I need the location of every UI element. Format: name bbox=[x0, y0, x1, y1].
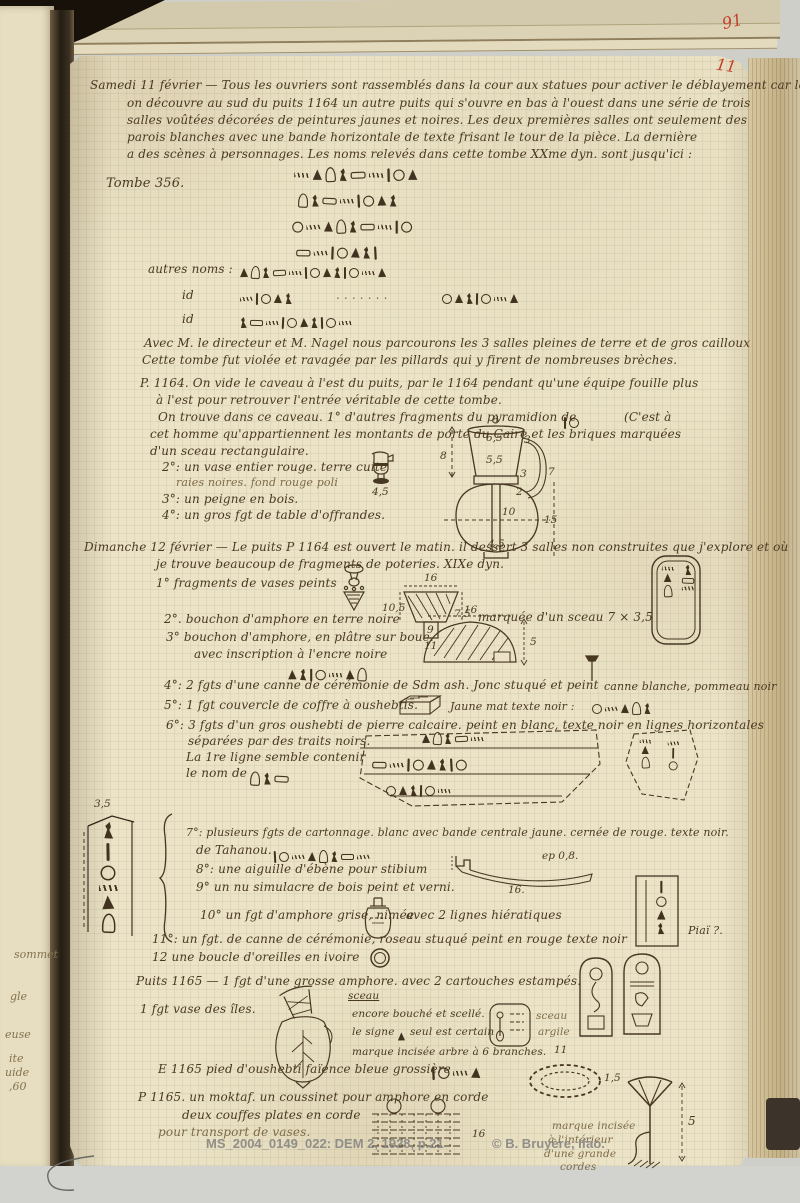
hieroglyph-column bbox=[666, 742, 680, 771]
list-item: 2°. bouchon d'amphore en terre noire bbox=[164, 612, 400, 626]
page-edges-top bbox=[36, 0, 780, 61]
hieroglyph-column bbox=[680, 565, 695, 591]
id-label: id bbox=[182, 312, 194, 326]
list-item: 1° fragments de vases peints bbox=[156, 576, 337, 590]
margin-fragment: ,60 bbox=[9, 1080, 27, 1093]
list-item-note: avec 2 lignes hiératiques bbox=[406, 908, 562, 922]
list-item-note: raies noires. fond rouge poli bbox=[176, 476, 338, 489]
margin-fragment: euse bbox=[5, 1028, 31, 1041]
list-item: 7°: plusieurs fgts de cartonnage. blanc … bbox=[186, 826, 729, 839]
measure-label: 3 bbox=[524, 434, 531, 446]
margin-fragment: uide bbox=[5, 1066, 29, 1079]
measure-label: 16 bbox=[424, 572, 437, 584]
page-edges-right bbox=[748, 58, 800, 1158]
hieroglyph-inline bbox=[396, 1027, 406, 1044]
measure-label: 7 bbox=[548, 466, 555, 478]
measure-label: 1,5 bbox=[604, 1072, 621, 1084]
ellipsis-dots: . . . . . . . bbox=[336, 288, 388, 302]
list-item-note: Jaune mat texte noir : bbox=[450, 700, 575, 713]
margin-fragment: sommet bbox=[14, 948, 58, 961]
entry-line: P. 1164. On vide le caveau à l'est du pu… bbox=[140, 376, 698, 390]
measure-label: 16 bbox=[464, 604, 477, 616]
seal-note: sceau bbox=[536, 1010, 567, 1022]
copyright-caption: © B. Bruyère, Ifao. bbox=[492, 1136, 605, 1151]
entry-line: On trouve dans ce caveau. 1° d'autres fr… bbox=[158, 410, 576, 424]
sketch-box-lid bbox=[398, 694, 442, 718]
entry-line: a des scènes à personnages. Les noms rel… bbox=[127, 147, 692, 161]
archive-id-caption: MS_2004_0149_022: DEM 2, 1928, p.21 bbox=[206, 1136, 444, 1151]
measure-label: 5,5 bbox=[486, 454, 503, 466]
sketch-kohl-needle: ep 0,8. 16. bbox=[446, 848, 598, 894]
entry-line: parois blanches avec une bande horizonta… bbox=[127, 130, 697, 144]
entry-line: cet homme qu'appartiennent les montants … bbox=[150, 427, 681, 441]
entry-line: Cette tombe fut violée et ravagée par le… bbox=[142, 353, 677, 367]
entry-line: Avec M. le directeur et M. Nagel nous pa… bbox=[144, 336, 750, 350]
list-item-text: simulacre de bois peint et verni. bbox=[249, 880, 454, 894]
hieroglyph-column bbox=[96, 822, 120, 933]
hieroglyph-row bbox=[290, 215, 413, 236]
hieroglyph-row bbox=[590, 698, 652, 717]
entry-line: d'un sceau rectangulaire. bbox=[150, 444, 309, 458]
entry-line: encore bouché et scellé. bbox=[352, 1008, 485, 1020]
binding-thread bbox=[34, 1152, 104, 1196]
sketch-small-vase: 4,5 bbox=[368, 450, 394, 490]
measure-label: 5 bbox=[530, 636, 537, 648]
sketch-cane-fragment bbox=[634, 874, 680, 948]
sketch-cartouche-seal bbox=[650, 554, 702, 646]
entry-line: E 1165 pied d'oushebti faïence bleue gro… bbox=[158, 1062, 451, 1076]
hieroglyph-column bbox=[654, 881, 668, 935]
measure-label: 16 bbox=[472, 1128, 485, 1140]
list-item-note: avec inscription à l'encre noire bbox=[194, 647, 387, 661]
list-item: 3° bouchon d'amphore, en plâtre sur boue… bbox=[166, 630, 434, 644]
seal-label: sceau bbox=[348, 990, 379, 1002]
sketch-flat-basket: 16 bbox=[364, 1098, 468, 1162]
list-item: 3°: un peigne en bois. bbox=[162, 492, 298, 506]
page-number-recto: 11 bbox=[715, 55, 738, 77]
measure-label: 8 bbox=[492, 414, 499, 426]
hieroglyph-row bbox=[440, 288, 519, 307]
hieroglyph-row bbox=[370, 753, 468, 774]
book-cover-edge bbox=[766, 1098, 800, 1150]
list-item: le nom de bbox=[186, 766, 247, 780]
entry-line: Dimanche 12 février — Le puits P 1164 es… bbox=[84, 540, 788, 554]
id-label: id bbox=[182, 288, 194, 302]
list-item: 8°: une aiguille d'ébène pour stibium bbox=[196, 862, 427, 876]
list-item: 4°: 2 fgts d'une canne de cérémonie de S… bbox=[164, 678, 599, 692]
entry-line: (C'est à bbox=[624, 410, 671, 424]
entry-line: Puits 1165 — 1 fgt d'une grosse amphore.… bbox=[136, 974, 581, 988]
list-item-text: 9° un bbox=[196, 880, 234, 894]
hieroglyph-row bbox=[238, 288, 293, 307]
list-item: 4°: un gros fgt de table d'offrandes. bbox=[162, 508, 385, 522]
list-item-note: Piaï ?. bbox=[688, 924, 723, 937]
tomb-label: Tombe 356. bbox=[106, 176, 184, 191]
measure-label: 3 bbox=[520, 468, 527, 480]
measure-label: 10 bbox=[502, 506, 515, 518]
list-item-underlined: nu bbox=[234, 880, 250, 894]
hieroglyph-row bbox=[384, 780, 452, 799]
hieroglyph-column bbox=[660, 567, 675, 597]
list-item: 9° un nu simulacre de bois peint et vern… bbox=[196, 880, 455, 894]
scanned-notebook-page: 91 11 sommet gle euse ite uide ,60 Samed… bbox=[0, 0, 800, 1203]
sketch-inscription-band bbox=[350, 724, 604, 810]
brace-items-7-12 bbox=[158, 812, 174, 944]
entry-line: salles voûtées décorées de peintures jau… bbox=[127, 113, 747, 127]
margin-fragment: gle bbox=[10, 990, 27, 1003]
sketch-inscription-fragment bbox=[620, 728, 702, 806]
entry-line-part: seul est certain bbox=[410, 1026, 494, 1038]
measure-label: 8 bbox=[440, 450, 447, 462]
sketch-rope-cushion: 11 1,5 bbox=[526, 1058, 604, 1102]
entry-line: on découvre au sud du puits 1164 un autr… bbox=[127, 96, 750, 110]
hieroglyph-row bbox=[238, 312, 353, 331]
sketch-clay-seal bbox=[488, 1002, 532, 1048]
measure-label: 6,5 bbox=[486, 432, 503, 444]
measure-label: 15 bbox=[544, 514, 557, 526]
hieroglyph-inline bbox=[248, 767, 290, 788]
list-item: 2°: un vase entier rouge. terre cuite bbox=[162, 460, 387, 474]
list-item: La 1re ligne semble contenir bbox=[186, 750, 365, 764]
measure-label: 3,5 bbox=[94, 798, 111, 810]
measure-label: 11 bbox=[554, 1044, 567, 1056]
other-names-label: autres noms : bbox=[148, 262, 233, 276]
list-item: séparées par des traits noirs. bbox=[188, 734, 371, 748]
measure-label: ep 0,8. bbox=[542, 850, 578, 862]
list-item-note: canne blanche, pommeau noir bbox=[604, 680, 777, 693]
seal-note: argile bbox=[538, 1026, 570, 1038]
list-item: 5°: 1 fgt couvercle de coffre à oushebti… bbox=[164, 698, 418, 712]
hieroglyph-row bbox=[296, 189, 398, 210]
entry-line: je trouve beaucoup de fragments de poter… bbox=[156, 557, 504, 571]
hieroglyph-row bbox=[292, 163, 419, 185]
list-item: de Tahanou. bbox=[196, 843, 272, 857]
list-item: 12 une boucle d'oreilles en ivoire bbox=[152, 950, 359, 964]
list-item: 11°: un fgt. de canne de cérémonie, rose… bbox=[152, 932, 627, 946]
entry-line: à l'est pour retrouver l'entrée véritabl… bbox=[156, 393, 502, 407]
margin-fragment: ite bbox=[9, 1052, 23, 1065]
hieroglyph-row bbox=[294, 241, 378, 262]
entry-line: 1 fgt vase des îles. bbox=[140, 1002, 256, 1016]
table-surface bbox=[0, 1166, 800, 1203]
sketch-ivory-earring bbox=[368, 946, 392, 970]
sketch-painted-vase-fragment bbox=[338, 564, 370, 612]
note-line: cordes bbox=[560, 1161, 596, 1173]
measure-label: 4,5 bbox=[372, 486, 389, 498]
entry-line: Samedi 11 février — Tous les ouvriers so… bbox=[90, 78, 800, 92]
sketch-cartonnage-column bbox=[82, 812, 138, 940]
measure-label: 16. bbox=[508, 884, 525, 896]
hieroglyph-row bbox=[238, 262, 387, 281]
measure-label: 5 bbox=[688, 1114, 696, 1128]
entry-line: deux couffes plates en corde bbox=[182, 1108, 361, 1122]
hieroglyph-row bbox=[420, 728, 485, 747]
sketch-cartouche-stamp bbox=[578, 954, 614, 1038]
hieroglyph-column bbox=[638, 740, 652, 769]
sketch-cane-knob bbox=[584, 650, 600, 684]
sketch-plaster-stopper: 16 5 bbox=[414, 610, 544, 680]
entry-line-part: le signe bbox=[352, 1026, 395, 1038]
sketch-cartouche-stamp bbox=[622, 950, 662, 1036]
hieroglyph-row bbox=[430, 1061, 482, 1083]
measure-label: 2 bbox=[516, 486, 523, 498]
sketch-incised-mark: 5 bbox=[620, 1076, 690, 1168]
